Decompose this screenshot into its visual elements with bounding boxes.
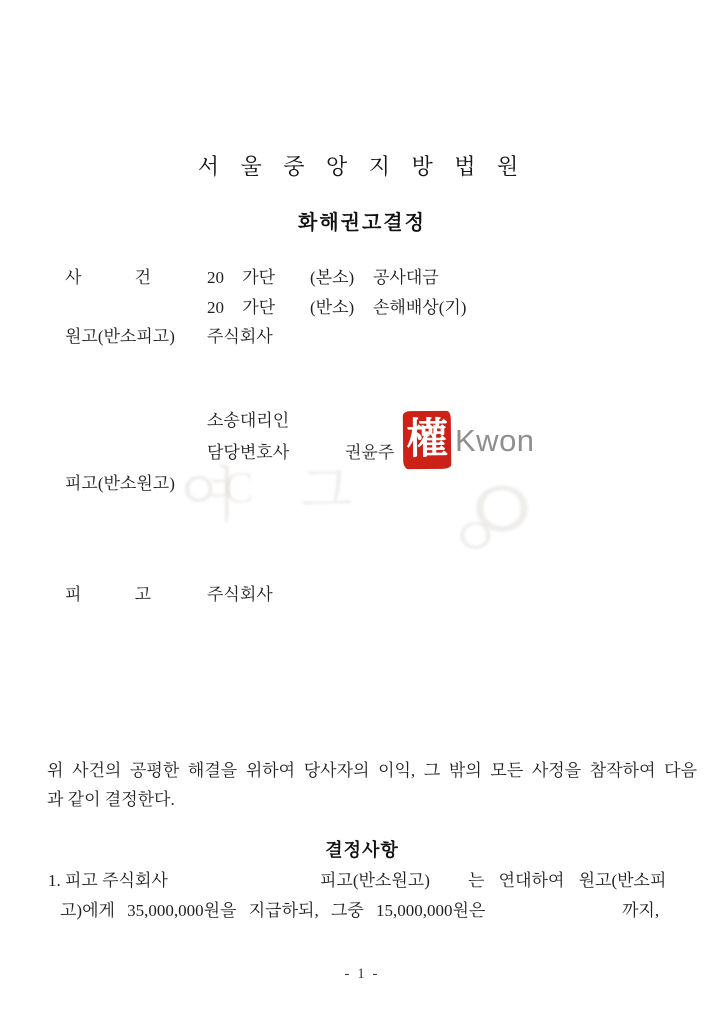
plaintiff-name: 주식회사 [207,322,273,347]
case-label: 사 건 [65,263,151,288]
decision-heading: 결정사항 [0,836,724,862]
court-name: 서 울 중 앙 지 방 법 원 [0,150,724,181]
page-number: - 1 - [0,966,724,983]
watermark-glyph: ㅇ [448,494,502,574]
attorney-name: 권윤주 [345,438,394,463]
decision-item1-seg1: 1. 피고 주식회사 [48,866,168,891]
case-number-2: 20 가단 [207,293,275,318]
case-number-1: 20 가단 [207,263,275,288]
defendant-counter-label: 피고(반소원고) [65,469,175,494]
watermark-glyph: C [224,462,253,513]
attorney-name-seal: 權 [403,411,452,469]
decision-item1-line2-seg2: 까지, [622,896,659,921]
case-name-1: 공사대금 [373,263,439,288]
decision-item1-seg2: 피고(반소원고) [320,866,430,891]
attorney-label: 담당변호사 [207,438,289,463]
intro-paragraph-line1: 위 사건의 공평한 해결을 위하여 당사자의 이익, 그 밖의 모든 사정을 참… [47,756,697,781]
defendant-name: 주식회사 [207,580,273,605]
defendant-label: 피 고 [65,580,151,605]
seal-caption: Kwon [455,423,535,459]
decision-item1-line2-seg1: 고)에게 35,000,000원을 지급하되, 그중 15,000,000원은 [60,896,485,921]
defendant-label-text: 피 고 [65,580,151,605]
decision-item1-seg3: 는 연대하여 원고(반소피 [468,866,666,891]
representative-label: 소송대리인 [207,406,289,431]
case-name-2: 손해배상(기) [373,293,466,318]
case-type-1: (본소) [310,263,354,288]
document-title: 화해권고결정 [0,206,724,235]
court-document-page: 여 그 ㅇ C ㅇ 서 울 중 앙 지 방 법 원 화해권고결정 사 건 20 … [0,0,724,1024]
case-label-text: 사 건 [65,263,151,288]
case-type-2: (반소) [310,293,354,318]
plaintiff-label: 원고(반소피고) [65,322,175,347]
seal-character: 權 [406,419,448,461]
intro-paragraph-line2: 과 같이 결정한다. [47,785,175,810]
